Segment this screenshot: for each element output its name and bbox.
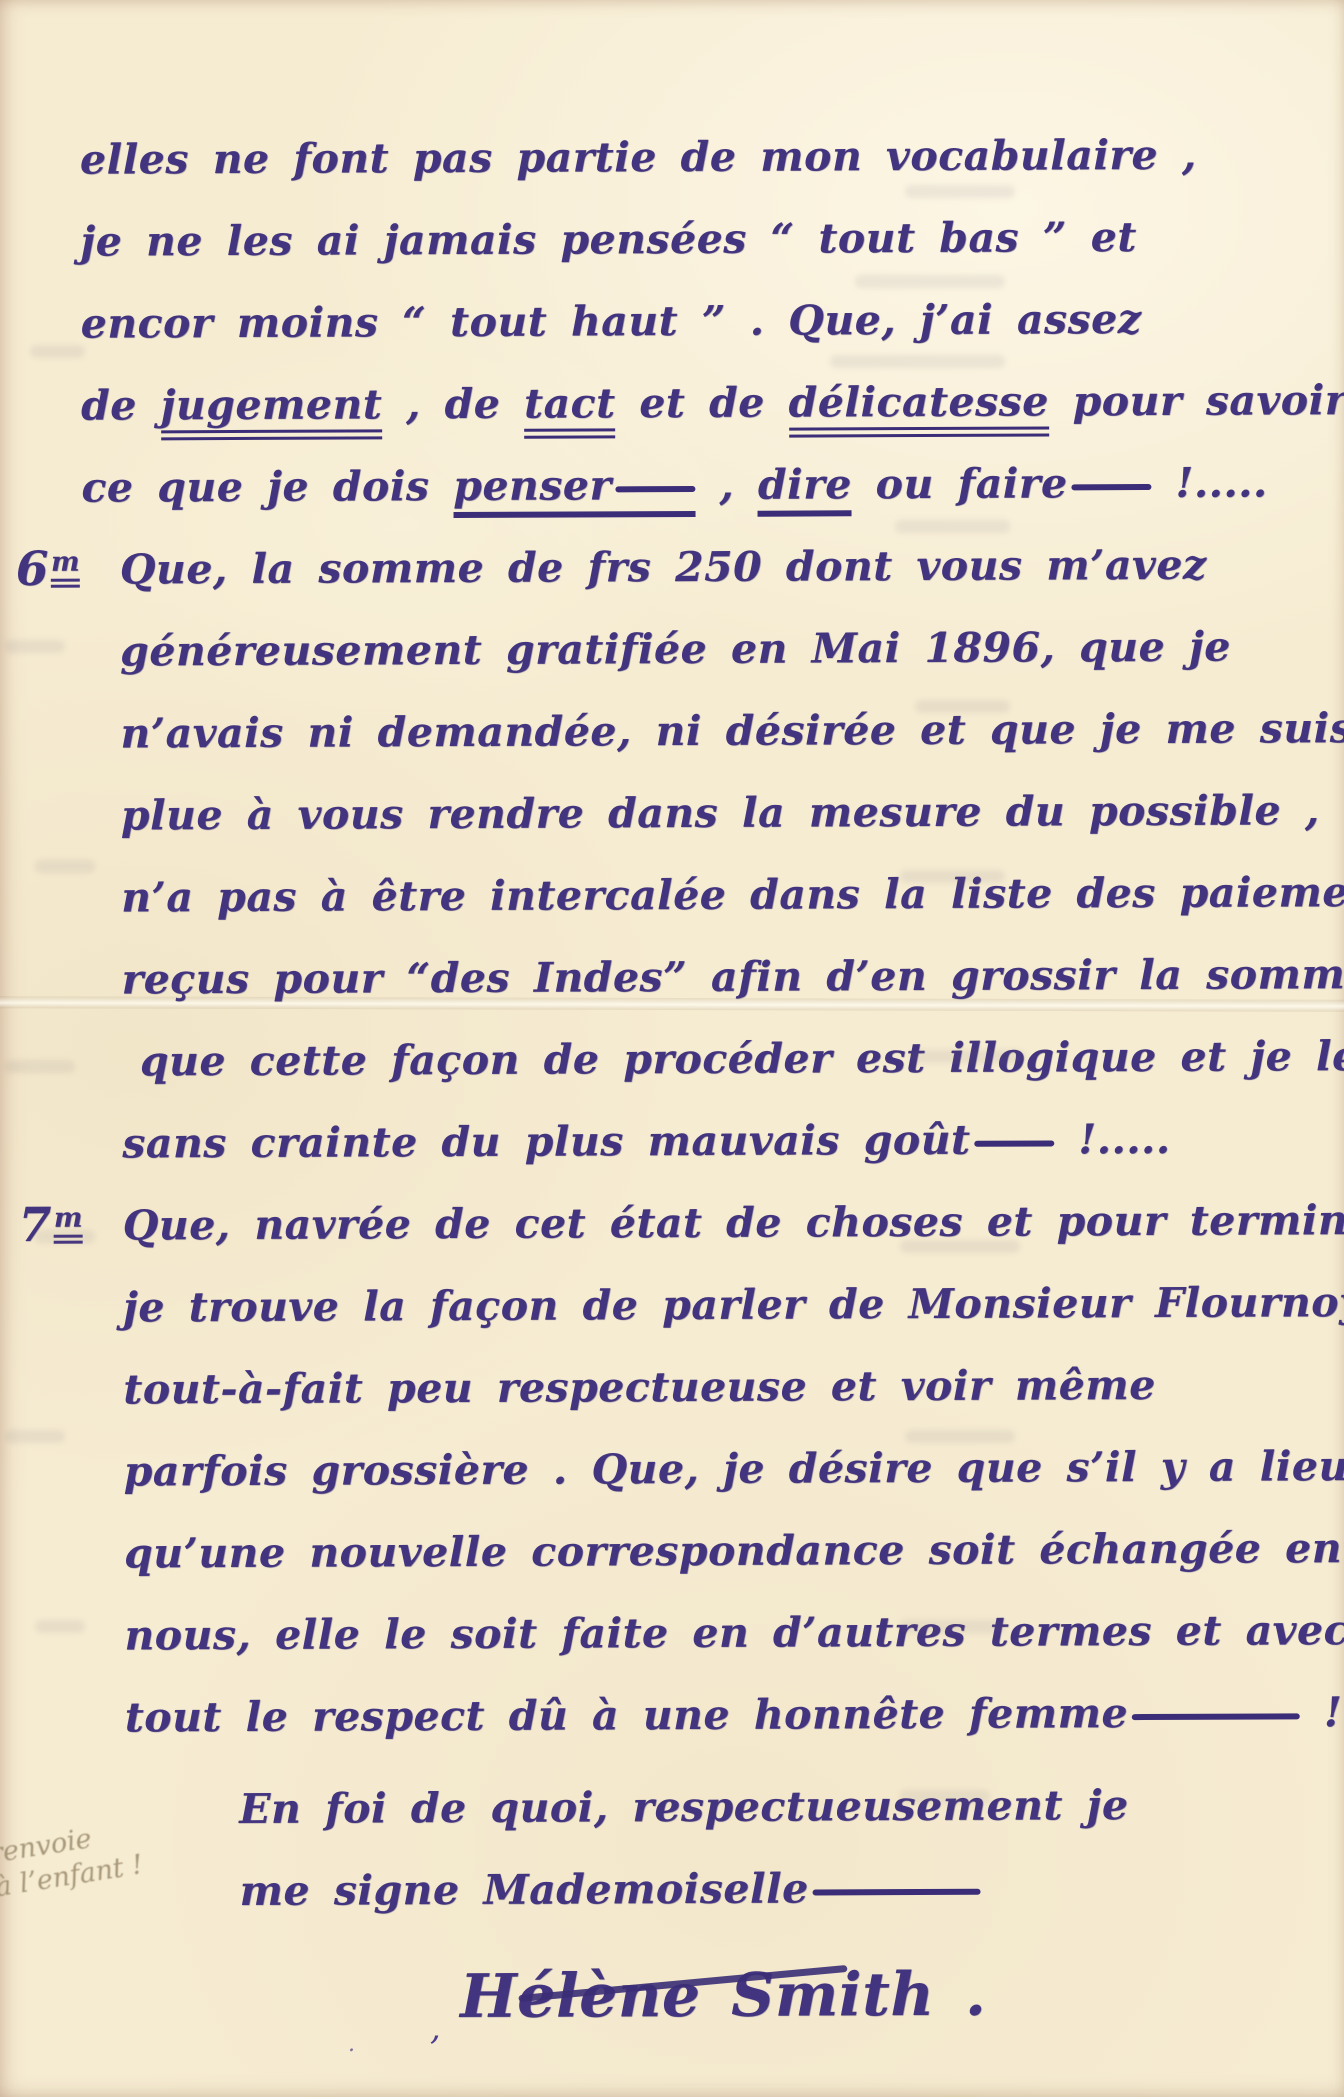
letter-line: elles ne font pas partie de mon vocabula… — [80, 113, 1300, 200]
text-segment: dire — [758, 460, 852, 516]
text-segment: !..... — [1151, 458, 1267, 507]
letter-line: encor moins “ tout haut ” . Que, j’ai as… — [81, 277, 1301, 364]
letter-line: de jugement , de tact et de délicatesse … — [81, 359, 1301, 446]
text-segment: et de — [615, 379, 788, 428]
text-segment: ! — [1300, 1688, 1342, 1736]
text-segment: n’a pas à être intercalée dans la liste … — [121, 868, 1344, 922]
letter-line: je trouve la façon de parler de Monsieur… — [123, 1261, 1305, 1348]
bleed-through-mark — [5, 1060, 75, 1073]
text-segment: tout-à-fait peu respectueuse et voir mêm… — [123, 1361, 1156, 1414]
letter-line: En foi de quoi, respectueusement je — [239, 1763, 1307, 1850]
text-segment: jugement — [160, 380, 382, 440]
text-segment: n’avais ni demandée, ni désirée et que j… — [120, 704, 1344, 757]
text-segment: faire — [957, 459, 1151, 508]
marker-number: 7 — [19, 1198, 52, 1253]
letter-line: plue à vous rendre dans la mesure du pos… — [121, 769, 1303, 856]
paragraph-number-marker: 7m — [18, 1185, 83, 1267]
letter-line: qu’une nouvelle correspondance soit écha… — [124, 1507, 1306, 1594]
letter-line: généreusement gratifiée en Mai 1896, que… — [120, 605, 1302, 692]
bleed-through-mark — [35, 1620, 85, 1633]
marker-superscript: m — [54, 1205, 83, 1244]
letter-line: nous, elle le soit faite en d’autres ter… — [124, 1589, 1306, 1676]
text-segment: femme — [969, 1688, 1300, 1737]
text-segment: plue à vous rendre dans la mesure du pos… — [121, 786, 1320, 839]
letter-line: tout le respect dû à une honnête femme ! — [125, 1671, 1307, 1758]
text-segment: qu’une nouvelle correspondance soit écha… — [124, 1524, 1344, 1578]
text-segment: délicatesse — [788, 377, 1048, 437]
stray-ink-mark: , — [430, 2008, 441, 2048]
text-segment: ce que je dois — [81, 462, 453, 512]
text-segment: je ne les ai jamais pensées “ tout bas ”… — [80, 213, 1137, 266]
text-segment: penser — [453, 461, 696, 518]
bleed-through-mark — [30, 345, 85, 358]
letter-line: n’avais ni demandée, ni désirée et que j… — [120, 687, 1302, 774]
text-segment: ou — [852, 460, 958, 508]
text-segment: me signe Mademoiselle — [239, 1864, 980, 1915]
text-segment: , de — [382, 380, 524, 429]
text-segment: nous, elle le soit faite en d’autres ter… — [124, 1606, 1344, 1659]
text-segment: je trouve la façon de parler de Monsieur… — [123, 1278, 1344, 1331]
letter-line: n’a pas à être intercalée dans la liste … — [121, 851, 1303, 938]
text-segment: généreusement gratifiée en Mai 1896, que… — [120, 623, 1231, 676]
letter-line: 6mQue, la somme de frs 250 dont vous m’a… — [120, 523, 1302, 610]
letter-line: parfois grossière . Que, je désire que s… — [124, 1425, 1306, 1512]
letter-line: Hélène Smith . — [460, 1945, 1308, 2045]
text-segment: , — [695, 461, 758, 509]
text-segment: parfois grossière . Que, je désire que s… — [124, 1442, 1344, 1495]
letter-body: elles ne font pas partie de mon vocabula… — [80, 113, 1308, 2046]
text-segment: . — [934, 1960, 986, 2030]
letter-line: sans crainte du plus mauvais goût !..... — [122, 1097, 1304, 1184]
text-segment: tact — [524, 379, 616, 438]
text-segment: Hélène Smith — [460, 1960, 935, 2032]
text-segment: encor moins “ tout haut ” . Que, j’ai as… — [81, 295, 1142, 348]
text-segment: Que, la somme de frs 250 dont vous m’ave… — [120, 541, 1207, 594]
text-segment: sans crainte du plus mauvais — [122, 1116, 864, 1167]
text-segment: goût — [864, 1115, 1055, 1164]
text-segment: Que, navrée de cet état de choses et pou… — [123, 1196, 1344, 1250]
text-segment: elles ne font pas partie de mon vocabula… — [80, 131, 1197, 184]
text-segment: En foi de quoi, respectueusement je — [239, 1781, 1129, 1833]
bleed-through-mark — [5, 640, 65, 653]
text-segment: tout le respect dû à une honnête — [125, 1690, 969, 1742]
marker-superscript: m — [51, 549, 80, 588]
paragraph-number-marker: 6m — [16, 529, 81, 611]
letter-line: reçus pour “des Indes” afin d’en grossir… — [121, 933, 1303, 1020]
letter-line: tout-à-fait peu respectueuse et voir mêm… — [123, 1343, 1305, 1430]
text-segment: pour savoir — [1049, 376, 1344, 425]
text-segment: que cette façon de procéder est illogiqu… — [140, 1032, 1344, 1086]
bleed-through-mark — [5, 1430, 65, 1443]
letter-line: ce que je dois penser , dire ou faire !.… — [81, 441, 1301, 528]
letter-line: je ne les ai jamais pensées “ tout bas ”… — [80, 195, 1300, 282]
marker-number: 6 — [16, 542, 49, 597]
letter-line: que cette façon de procéder est illogiqu… — [140, 1015, 1304, 1102]
text-segment: !..... — [1054, 1115, 1170, 1164]
letter-line: 7mQue, navrée de cet état de choses et p… — [122, 1179, 1304, 1266]
stray-ink-mark: . — [348, 2032, 355, 2057]
letter-page: elles ne font pas partie de mon vocabula… — [0, 0, 1344, 2097]
letter-line: me signe Mademoiselle — [239, 1845, 1307, 1932]
text-segment: reçus pour “des Indes” afin d’en grossir… — [121, 950, 1344, 1004]
text-segment: de — [81, 381, 161, 429]
